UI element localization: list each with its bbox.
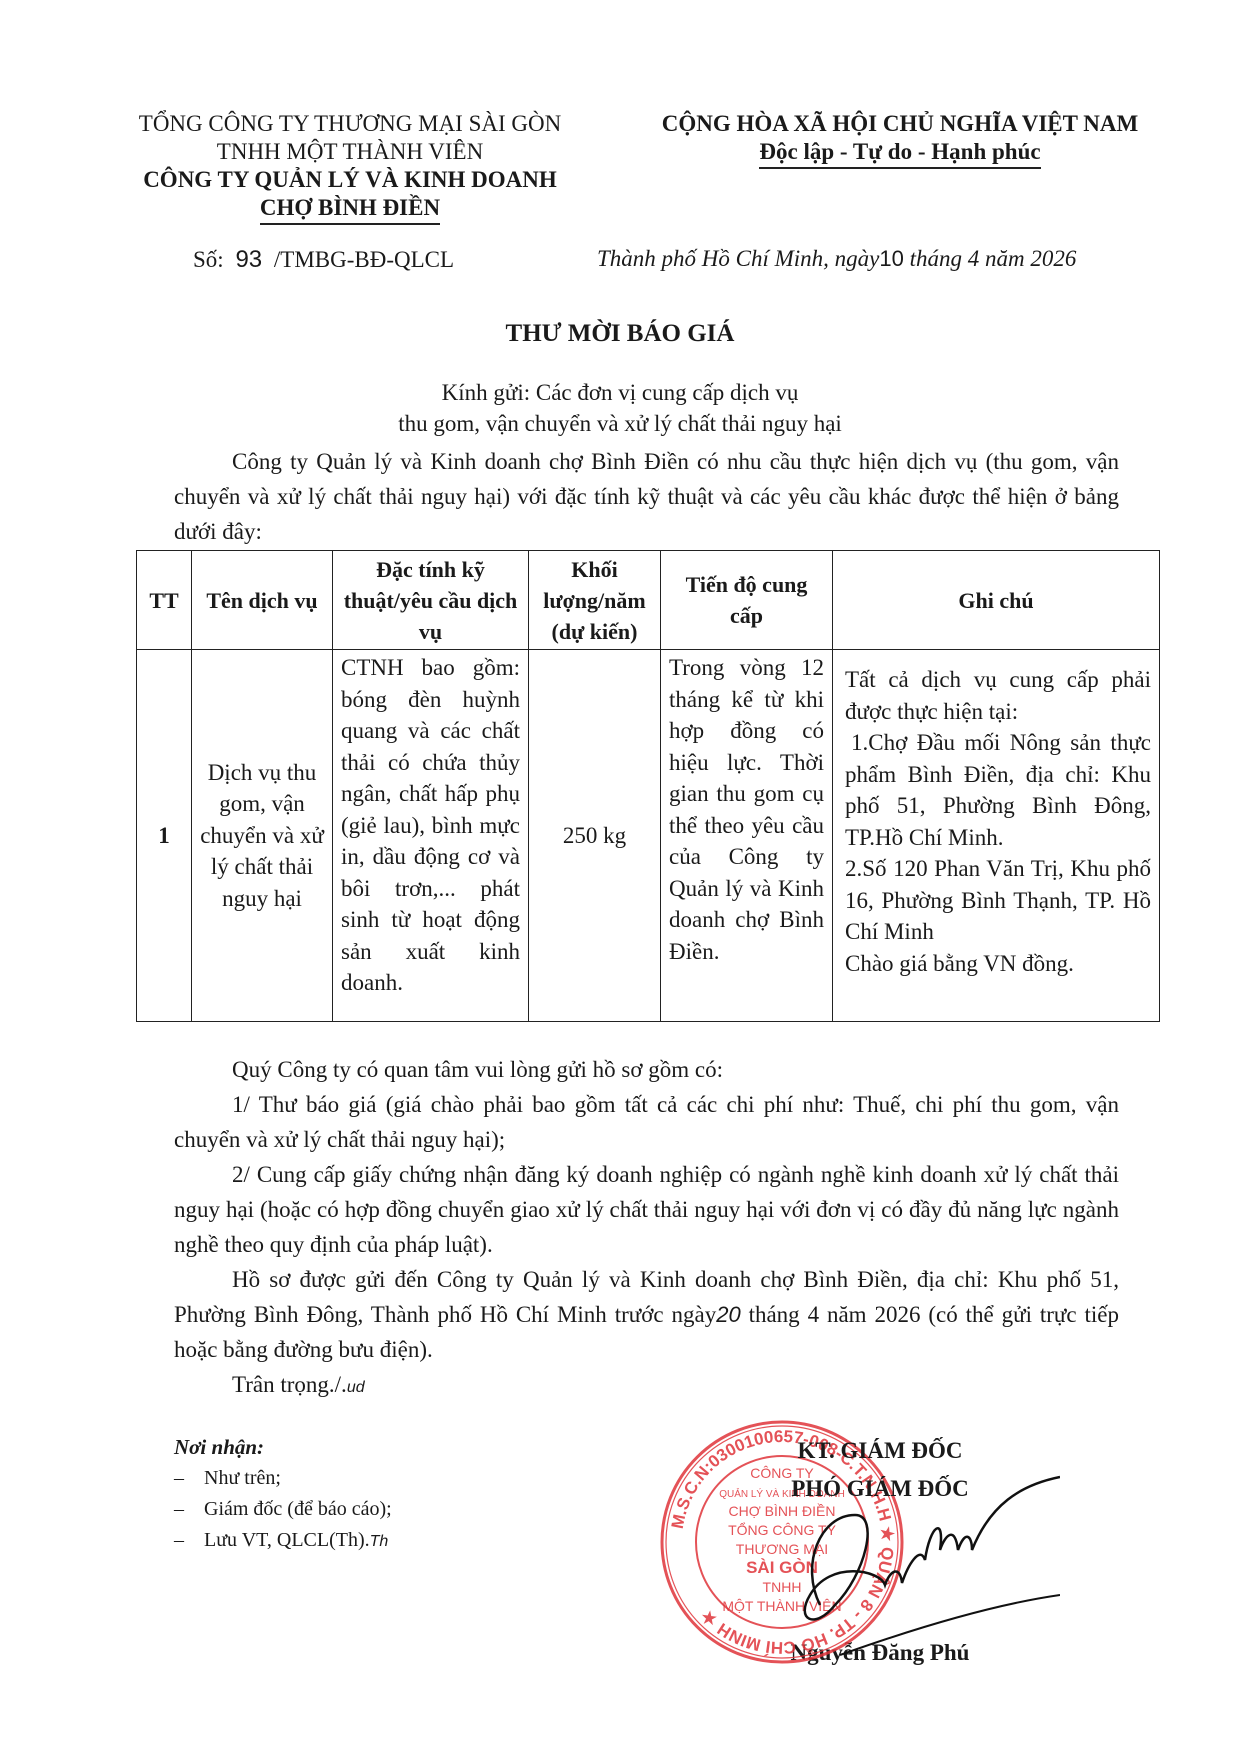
issuer-company-line1: CÔNG TY QUẢN LÝ VÀ KINH DOANH bbox=[100, 166, 600, 194]
col-header-schedule: Tiến độ cung cấp bbox=[661, 551, 833, 650]
col-header-service: Tên dịch vụ bbox=[192, 551, 333, 650]
note-currency: Chào giá bằng VN đồng. bbox=[845, 948, 1151, 980]
requirement-item-1: 1/ Thư báo giá (giá chào phải bao gồm tấ… bbox=[174, 1087, 1119, 1157]
document-date: Thành phố Hồ Chí Minh, ngày10 tháng 4 nă… bbox=[597, 246, 1076, 272]
note-location-1: 1.Chợ Đầu mối Nông sản thực phẩm Bình Đi… bbox=[845, 727, 1151, 853]
signature-icon bbox=[760, 1455, 1060, 1665]
recipients-list: Nơi nhận: Như trên; Giám đốc (để báo cáo… bbox=[174, 1432, 392, 1557]
closing-text: Trân trọng./. bbox=[232, 1372, 347, 1397]
closing-line: Trân trọng./.ud bbox=[174, 1367, 1119, 1405]
table-header-row: TT Tên dịch vụ Đặc tính kỹ thuật/yêu cầu… bbox=[137, 551, 1160, 650]
reference-prefix: Số: bbox=[193, 247, 224, 272]
recipient-line2: thu gom, vận chuyển và xử lý chất thải n… bbox=[0, 408, 1240, 439]
date-prefix: Thành phố Hồ Chí Minh, ngày bbox=[597, 246, 879, 271]
cell-note: Tất cả dịch vụ cung cấp phải được thực h… bbox=[833, 650, 1160, 1022]
document-reference: Số: 93 /TMBG-BĐ-QLCL bbox=[193, 246, 454, 274]
submission-info: Hồ sơ được gửi đến Công ty Quản lý và Ki… bbox=[174, 1262, 1119, 1367]
cell-tt: 1 bbox=[137, 650, 192, 1022]
submission-day: 20 bbox=[716, 1302, 740, 1327]
requirements-block: Quý Công ty có quan tâm vui lòng gửi hồ … bbox=[174, 1052, 1119, 1405]
cell-schedule: Trong vòng 12 tháng kể từ khi hợp đồng c… bbox=[661, 650, 833, 1022]
cell-spec: CTNH bao gồm: bóng đèn huỳnh quang và cá… bbox=[333, 650, 529, 1022]
cell-service: Dịch vụ thu gom, vận chuyển và xử lý chấ… bbox=[192, 650, 333, 1022]
recipient-block: Kính gửi: Các đơn vị cung cấp dịch vụ th… bbox=[0, 377, 1240, 439]
col-header-note: Ghi chú bbox=[833, 551, 1160, 650]
recipient-item: Giám đốc (để báo cáo); bbox=[174, 1494, 392, 1525]
reference-number: 93 bbox=[229, 246, 268, 273]
recipient-item: Lưu VT, QLCL(Th).Th bbox=[174, 1525, 392, 1557]
requirements-intro: Quý Công ty có quan tâm vui lòng gửi hồ … bbox=[174, 1052, 1119, 1087]
intro-paragraph: Công ty Quản lý và Kinh doanh chợ Bình Đ… bbox=[174, 444, 1119, 549]
national-motto: Độc lập - Tự do - Hạnh phúc bbox=[759, 138, 1040, 169]
col-header-volume: Khối lượng/năm (dự kiến) bbox=[529, 551, 661, 650]
col-header-spec: Đặc tính kỹ thuật/yêu cầu dịch vụ bbox=[333, 551, 529, 650]
recipient-line1: Kính gửi: Các đơn vị cung cấp dịch vụ bbox=[0, 377, 1240, 408]
issuer-parent-line2: TNHH MỘT THÀNH VIÊN bbox=[100, 138, 600, 166]
date-day: 10 bbox=[879, 246, 903, 271]
recipient-item: Như trên; bbox=[174, 1463, 392, 1494]
issuer-company-line2: CHỢ BÌNH ĐIỀN bbox=[260, 194, 440, 225]
national-header: CỘNG HÒA XÃ HỘI CHỦ NGHĨA VIỆT NAM Độc l… bbox=[620, 110, 1180, 169]
note-location-2: 2.Số 120 Phan Văn Trị, Khu phố 16, Phườn… bbox=[845, 853, 1151, 948]
issuer-header: TỔNG CÔNG TY THƯƠNG MẠI SÀI GÒN TNHH MỘT… bbox=[100, 110, 600, 225]
initials-mark: Th bbox=[370, 1533, 389, 1550]
cell-volume: 250 kg bbox=[529, 650, 661, 1022]
service-table: TT Tên dịch vụ Đặc tính kỹ thuật/yêu cầu… bbox=[136, 550, 1160, 1022]
col-header-tt: TT bbox=[137, 551, 192, 650]
recipients-heading: Nơi nhận: bbox=[174, 1432, 392, 1463]
document-title: THƯ MỜI BÁO GIÁ bbox=[0, 320, 1240, 348]
table-row: 1 Dịch vụ thu gom, vận chuyển và xử lý c… bbox=[137, 650, 1160, 1022]
date-suffix: tháng 4 năm 2026 bbox=[904, 246, 1077, 271]
requirement-item-2: 2/ Cung cấp giấy chứng nhận đăng ký doan… bbox=[174, 1157, 1119, 1262]
note-intro: Tất cả dịch vụ cung cấp phải được thực h… bbox=[845, 664, 1151, 727]
national-title: CỘNG HÒA XÃ HỘI CHỦ NGHĨA VIỆT NAM bbox=[620, 110, 1180, 138]
reference-code: /TMBG-BĐ-QLCL bbox=[274, 247, 454, 272]
initials-mark: ud bbox=[347, 1379, 365, 1396]
issuer-parent-line1: TỔNG CÔNG TY THƯƠNG MẠI SÀI GÒN bbox=[100, 110, 600, 138]
